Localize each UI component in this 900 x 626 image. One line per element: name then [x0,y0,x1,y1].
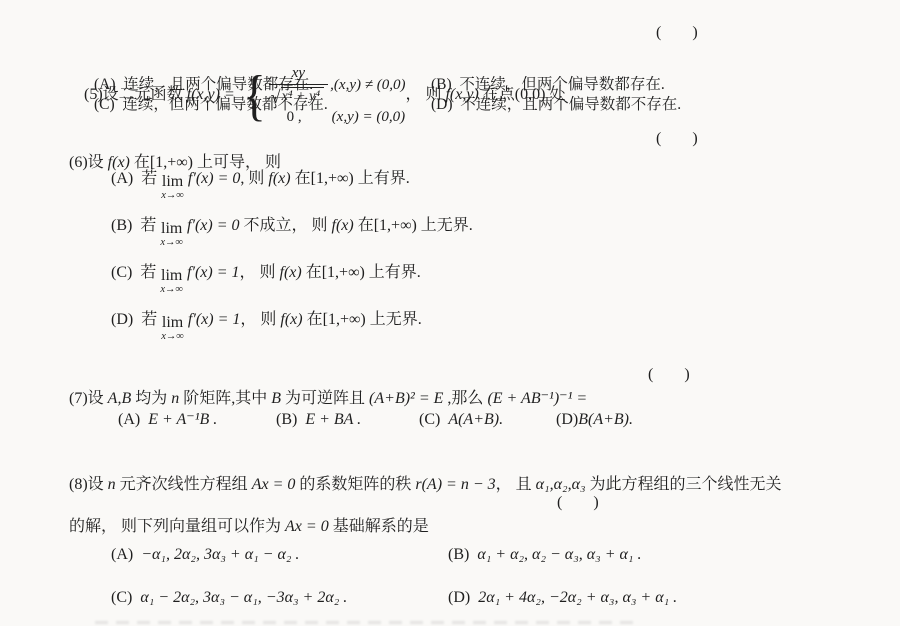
q8-stem-text: ， 且 [496,476,536,493]
q6-options: (A) 若limx→∞f′(x) = 0, 则 f(x) 在[1,+∞) 上有界… [111,164,473,352]
limit-notation: limx→∞ [161,174,184,202]
q8-answer-blank: ( ) [557,494,600,512]
option-text: 不连续，且两个偏导数都不存在. [460,96,681,113]
option-label: (A) [118,411,148,428]
q8-stem-text: 为此方程组的三个线性无关 [586,476,782,493]
limit-notation: limx→∞ [160,221,183,249]
option-tail-text: 在[1,+∞) 上有界. [291,170,410,187]
option-math-2: f(x) [280,264,302,281]
q7-stem-text: 均为 [131,390,171,407]
q8-option-b: (B) α₁ + α₂, α₂ − α₃, α₃ + α₁ . [448,545,871,565]
q7-stem-text: ,那么 [443,390,487,407]
option-math-1: f′(x) = 1 [188,311,241,328]
q8-option-a: (A) −α₁, 2α₂, 3α₃ + α₁ − α₂ . [111,545,448,565]
option-label: (B) [448,546,477,563]
limit-lim: lim [161,174,184,190]
option-math-1: f′(x) = 1 [187,264,240,281]
q7-stem-math: A,B [108,390,132,407]
question-8-stem-line-2: 的解， 则下列向量组可以作为 Ax = 0 基础解系的是 [61,494,429,538]
option-label: (A) [111,546,141,563]
q6-option-c: (C) 若limx→∞f′(x) = 1， 则 f(x) 在[1,+∞) 上有界… [111,258,473,288]
q8-stem-text: 的系数矩阵的秩 [295,476,415,493]
q8-stem-math: r(A) = n − 3 [415,476,495,493]
q7-stem-math: B [271,390,281,407]
q5-answer-blank: ( ) [656,24,699,42]
q8-stem-text: (8)设 [69,476,108,493]
q8-stem-text: 元齐次线性方程组 [116,476,252,493]
limit-lim: lim [160,268,183,284]
option-label: (A) [94,76,123,93]
option-mid-text: ， 则 [240,311,280,328]
option-tail-text: 在[1,+∞) 上有界. [302,264,421,281]
limit-subscript: x→∞ [160,285,183,296]
q7-stem-math: (A+B)² = E [369,390,443,407]
question-8-stem-line-1: (8)设 n 元齐次线性方程组 Ax = 0 的系数矩阵的秩 r(A) = n … [61,452,782,496]
q8-stem-math: n [108,476,116,493]
q5-options: (A) 连续，且两个偏导数都存在. (B) 不连续，但两个偏导数都存在. (C)… [94,75,874,114]
q8-stem-text: 的解， 则下列向量组可以作为 [69,518,285,535]
q5-option-d: (D) 不连续，且两个偏导数都不存在. [431,95,874,114]
option-label: (C) [419,411,448,428]
q7-answer-blank: ( ) [648,366,691,384]
q8-option-d: (D) 2α₁ + 4α₂, −2α₂ + α₃, α₃ + α₁ . [448,588,871,608]
q6-answer-blank: ( ) [656,130,699,148]
q6-option-b: (B) 若limx→∞f′(x) = 0 不成立， 则 f(x) 在[1,+∞)… [111,211,473,241]
option-mid-text: ， 则 [240,264,280,281]
option-text: E + BA . [305,411,361,428]
option-label: (B) [276,411,305,428]
q5-option-a: (A) 连续，且两个偏导数都存在. [94,75,431,94]
cropped-next-line-remnant [95,621,635,624]
q5-option-c: (C) 连续，但两个偏导数都不存在. [94,95,431,114]
option-tail-text: 在[1,+∞) 上无界. [354,217,473,234]
q5-option-b: (B) 不连续，但两个偏导数都存在. [431,75,874,94]
option-text: E + A⁻¹B . [148,411,217,428]
limit-notation: limx→∞ [161,315,184,343]
option-text: α₁ − 2α₂, 3α₃ − α₁, −3α₃ + 2α₂ . [140,589,347,606]
option-text: 2α₁ + 4α₂, −2α₂ + α₃, α₃ + α₁ . [478,589,677,606]
limit-notation: limx→∞ [160,268,183,296]
option-pre: 若 [140,264,156,281]
option-label: (C) [111,589,140,606]
limit-subscript: x→∞ [161,332,184,343]
q7-option-d: (D)B(A+B). [556,407,633,433]
option-mid-text: , 则 [240,170,268,187]
q7-options: (A) E + A⁻¹B . (B) E + BA . (C) A(A+B). … [118,407,633,433]
q8-option-c: (C) α₁ − 2α₂, 3α₃ − α₁, −3α₃ + 2α₂ . [111,588,448,608]
option-label: (B) [111,217,140,234]
option-text: B(A+B). [578,411,633,428]
option-math-2: f(x) [268,170,290,187]
limit-lim: lim [161,315,184,331]
option-label: (A) [111,170,141,187]
q6-stem-text: (6)设 [69,154,108,171]
q8-stem-math: Ax = 0 [285,518,329,535]
option-text: 连续，但两个偏导数都不存在. [122,96,327,113]
option-pre: 若 [140,217,156,234]
limit-subscript: x→∞ [161,191,184,202]
q7-stem-text: 为可逆阵且 [281,390,369,407]
option-pre: 若 [141,170,157,187]
q7-option-a: (A) E + A⁻¹B . [118,407,276,433]
question-7-stem: (7)设 A,B 均为 n 阶矩阵,其中 B 为可逆阵且 (A+B)² = E … [61,366,587,410]
q6-option-a: (A) 若limx→∞f′(x) = 0, 则 f(x) 在[1,+∞) 上有界… [111,164,473,194]
q8-stem-math: Ax = 0 [252,476,296,493]
option-math-1: f′(x) = 0 [188,170,241,187]
option-label: (C) [111,264,140,281]
option-tail-text: 在[1,+∞) 上无界. [303,311,422,328]
option-text: A(A+B). [448,411,503,428]
option-mid-text: 不成立， 则 [240,217,332,234]
option-math-2: f(x) [332,217,354,234]
option-text: α₁ + α₂, α₂ − α₃, α₃ + α₁ . [477,546,641,563]
q7-option-c: (C) A(A+B). [419,407,556,433]
option-math-2: f(x) [280,311,302,328]
option-label: (B) [431,76,459,93]
option-label: (D) [431,96,460,113]
q7-option-b: (B) E + BA . [276,407,419,433]
q7-stem-math: (E + AB⁻¹)⁻¹ = [487,390,587,407]
q8-stem-math: α₁,α₂,α₃ [536,476,586,493]
limit-subscript: x→∞ [160,238,183,249]
q7-stem-text: 阶矩阵,其中 [179,390,271,407]
option-pre: 若 [141,311,157,328]
limit-lim: lim [160,221,183,237]
option-text: −α₁, 2α₂, 3α₃ + α₁ − α₂ . [141,546,299,563]
q6-option-d: (D) 若limx→∞f′(x) = 1， 则 f(x) 在[1,+∞) 上无界… [111,305,473,335]
option-text: 连续，且两个偏导数都存在. [123,76,313,93]
option-label: (C) [94,96,122,113]
q8-stem-text: 基础解系的是 [329,518,429,535]
option-label: (D) [448,589,478,606]
option-label: (D) [556,411,578,428]
option-label: (D) [111,311,141,328]
option-text: 不连续，但两个偏导数都存在. [459,76,664,93]
q8-options: (A) −α₁, 2α₂, 3α₃ + α₁ − α₂ . (B) α₁ + α… [111,545,871,608]
option-math-1: f′(x) = 0 [187,217,240,234]
q7-stem-text: (7)设 [69,390,108,407]
